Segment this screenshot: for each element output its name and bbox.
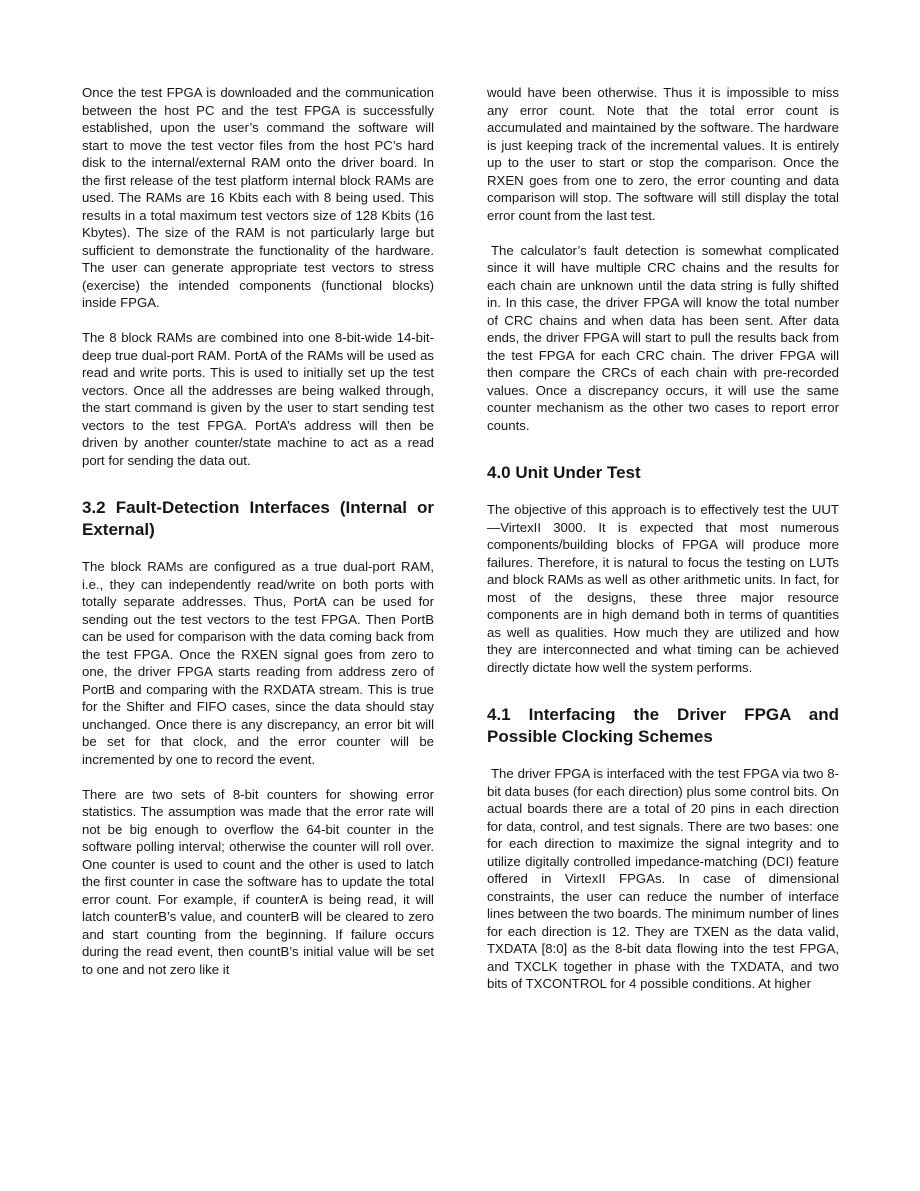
section-heading-4-0-unit-under-test: 4.0 Unit Under Test [487, 462, 839, 484]
paragraph-error-count-continuation: would have been otherwise. Thus it is im… [487, 84, 839, 224]
right-column: would have been otherwise. Thus it is im… [487, 84, 839, 993]
section-heading-3-2-fault-detection-interfaces: 3.2 Fault-Detection Interfaces (Internal… [82, 497, 434, 541]
paragraph-block-rams-combined: The 8 block RAMs are combined into one 8… [82, 329, 434, 469]
paragraph-uut-objective: The objective of this approach is to eff… [487, 501, 839, 676]
two-column-layout: Once the test FPGA is downloaded and the… [82, 84, 839, 993]
document-page: Once the test FPGA is downloaded and the… [0, 0, 920, 1191]
paragraph-calculator-fault-detection: The calculator’s fault detection is some… [487, 242, 839, 435]
paragraph-dual-port-ram-config: The block RAMs are configured as a true … [82, 558, 434, 768]
paragraph-error-counters: There are two sets of 8-bit counters for… [82, 786, 434, 979]
section-heading-4-1-interfacing-driver-fpga: 4.1 Interfacing the Driver FPGA and Poss… [487, 704, 839, 748]
paragraph-test-fpga-download: Once the test FPGA is downloaded and the… [82, 84, 434, 312]
left-column: Once the test FPGA is downloaded and the… [82, 84, 434, 993]
paragraph-driver-fpga-interface: The driver FPGA is interfaced with the t… [487, 765, 839, 993]
